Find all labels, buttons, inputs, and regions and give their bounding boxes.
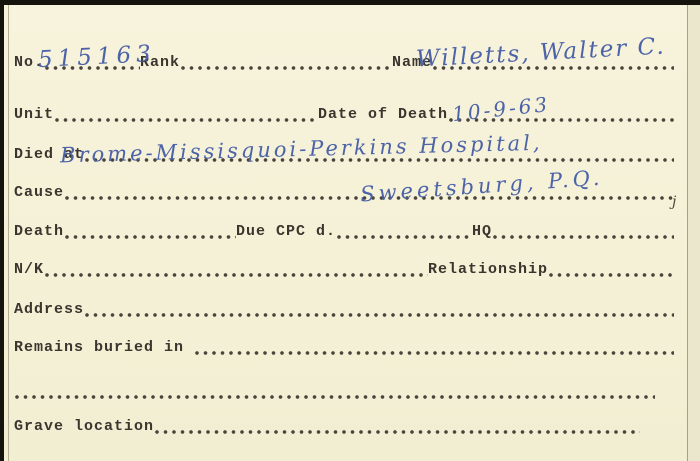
field-label-cause: Cause xyxy=(14,184,64,202)
card-right-edge-strip xyxy=(687,5,700,461)
field-label-address: Address xyxy=(14,301,84,319)
dotted-leader xyxy=(14,394,655,400)
row-continuation-line xyxy=(14,383,655,401)
dotted-leader xyxy=(336,234,472,240)
row-remains-buried-in: Remains buried in xyxy=(14,339,674,357)
dotted-leader xyxy=(44,272,428,278)
dotted-leader xyxy=(492,234,674,240)
field-label-death: Death xyxy=(14,223,64,241)
row-address: Address xyxy=(14,301,674,319)
dotted-leader xyxy=(194,350,674,356)
row-unit-dateofdeath: Unit Date of Death xyxy=(14,106,674,124)
dotted-leader xyxy=(64,234,236,240)
row-nk-relationship: N/K Relationship xyxy=(14,261,674,279)
field-label-date-of-death: Date of Death xyxy=(318,106,448,124)
dotted-leader xyxy=(180,65,392,71)
field-label-nk: N/K xyxy=(14,261,44,279)
row-grave-location: Grave location xyxy=(14,418,640,436)
field-label-due-cpc: Due CPC d. xyxy=(236,223,336,241)
card-left-edge-line xyxy=(8,5,9,461)
field-label-remains-buried-in: Remains buried in xyxy=(14,339,184,357)
field-label-hq: HQ xyxy=(472,223,492,241)
row-death-duecpc-hq: Death Due CPC d. HQ xyxy=(14,223,674,241)
stray-ink-mark: j xyxy=(672,194,676,210)
dotted-leader xyxy=(154,429,640,435)
field-label-grave-location: Grave location xyxy=(14,418,154,436)
field-label-unit: Unit xyxy=(14,106,54,124)
scanned-death-record-card: No. Rank Name Unit Date of Death Died at… xyxy=(0,0,700,461)
dotted-leader xyxy=(84,312,674,318)
field-label-relationship: Relationship xyxy=(428,261,548,279)
dotted-leader xyxy=(54,117,318,123)
dotted-leader xyxy=(548,272,674,278)
